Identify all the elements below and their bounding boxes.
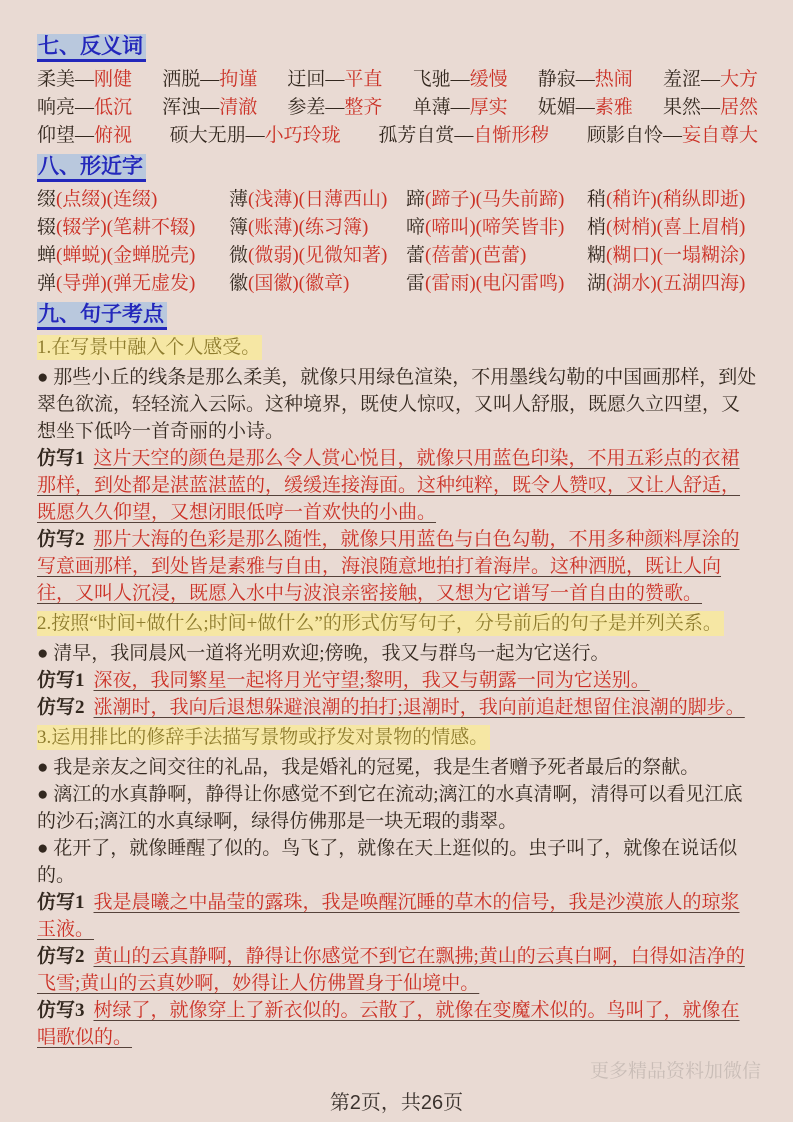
antonym-opposite: 大方 <box>720 69 758 90</box>
antonym-pair: 果然—居然 <box>663 94 758 122</box>
antonym-word: 飞驰 <box>413 69 451 90</box>
antonym-opposite: 低沉 <box>94 97 132 118</box>
imitation-sentence: 仿写2黄山的云真静啊，静得让你感觉不到它在飘拂;黄山的云真白啊，白得如洁净的飞雪… <box>37 943 758 997</box>
imitation-label: 仿写1 <box>37 892 85 913</box>
similar-char-cell: 徽(国徽)(徽章) <box>229 270 406 298</box>
similar-char-cell: 啼(啼叫)(啼笑皆非) <box>406 214 587 242</box>
base-char: 湖 <box>587 273 606 294</box>
antonym-dash: — <box>325 97 344 118</box>
char-words: (国徽)(徽章) <box>248 273 349 294</box>
antonym-pair: 单薄—厚实 <box>413 94 508 122</box>
antonym-pair: 柔美—刚健 <box>37 66 132 94</box>
antonym-word: 静寂 <box>538 69 576 90</box>
antonym-dash: — <box>701 97 720 118</box>
example-sentence: ● 清早，我同晨风一道将光明欢迎;傍晚，我又与群鸟一起为它送行。 <box>37 640 758 667</box>
antonym-row: 柔美—刚健 洒脱—拘谨 迂回—平直 飞驰—缓慢 静寂—热闹 羞涩—大方 <box>37 66 758 94</box>
imitation-answer: 这片天空的颜色是那么令人赏心悦目，就像只用蓝色印染，不用五彩点的衣裙那样，到处都… <box>37 448 740 523</box>
similar-char-cell: 弹(导弹)(弹无虚发) <box>37 270 229 298</box>
char-words: (微弱)(见微知著) <box>248 245 387 266</box>
similar-char-cell: 糊(糊口)(一塌糊涂) <box>587 242 758 270</box>
imitation-sentence: 仿写2涨潮时，我向后退想躲避浪潮的拍打;退潮时，我向前追赶想留住浪潮的脚步。 <box>37 694 758 721</box>
section-heading-sentences: 九、句子考点 <box>37 300 758 328</box>
section-title-antonyms: 七、反义词 <box>37 34 146 62</box>
test-point: 3.运用排比的修辞手法描写景物或抒发对景物的情感。 <box>37 724 758 751</box>
similar-char-cell: 辍(辍学)(笔耕不辍) <box>37 214 229 242</box>
char-words: (辍学)(笔耕不辍) <box>56 217 195 238</box>
imitation-sentence: 仿写3树绿了，就像穿上了新衣似的。云散了，就像在变魔术似的。鸟叫了，就像在唱歌似… <box>37 997 758 1051</box>
base-char: 稍 <box>587 189 606 210</box>
similar-char-row: 弹(导弹)(弹无虚发) 徽(国徽)(徽章) 雷(雷雨)(电闪雷鸣) 湖(湖水)(… <box>37 270 758 298</box>
char-words: (稍许)(稍纵即逝) <box>606 189 745 210</box>
antonym-row: 仰望—俯视 硕大无朋—小巧玲珑 孤芳自赏—自惭形秽 顾影自怜—妄自尊大 <box>37 122 758 150</box>
base-char: 梢 <box>587 217 606 238</box>
imitation-label: 仿写1 <box>37 448 85 469</box>
imitation-label: 仿写2 <box>37 697 85 718</box>
imitation-sentence: 仿写1这片天空的颜色是那么令人赏心悦目，就像只用蓝色印染，不用五彩点的衣裙那样，… <box>37 445 758 526</box>
antonym-dash: — <box>454 125 473 146</box>
antonym-dash: — <box>663 125 682 146</box>
imitation-answer: 那片大海的色彩是那么随性，就像只用蓝色与白色勾勒，不用多种颜料厚涂的写意画那样，… <box>37 529 740 604</box>
similar-char-cell: 雷(雷雨)(电闪雷鸣) <box>406 270 587 298</box>
similar-char-cell: 蕾(蓓蕾)(芭蕾) <box>406 242 587 270</box>
antonym-dash: — <box>325 69 344 90</box>
antonym-dash: — <box>200 69 219 90</box>
imitation-label: 仿写2 <box>37 946 85 967</box>
imitation-label: 仿写1 <box>37 670 85 691</box>
antonym-dash: — <box>451 69 470 90</box>
antonym-word: 迂回 <box>287 69 325 90</box>
similar-char-row: 辍(辍学)(笔耕不辍) 簿(账薄)(练习簿) 啼(啼叫)(啼笑皆非) 梢(树梢)… <box>37 214 758 242</box>
char-words: (雷雨)(电闪雷鸣) <box>425 273 564 294</box>
antonym-word: 柔美 <box>37 69 75 90</box>
similar-char-cell: 簿(账薄)(练习簿) <box>229 214 406 242</box>
antonym-opposite: 平直 <box>344 69 382 90</box>
antonym-opposite: 刚健 <box>94 69 132 90</box>
base-char: 糊 <box>587 245 606 266</box>
antonym-dash: — <box>451 97 470 118</box>
char-words: (浅薄)(日薄西山) <box>248 189 387 210</box>
antonym-dash: — <box>576 69 595 90</box>
antonym-pair: 响亮—低沉 <box>37 94 132 122</box>
antonym-pair: 参差—整齐 <box>287 94 382 122</box>
base-char: 雷 <box>406 273 425 294</box>
imitation-sentence: 仿写2那片大海的色彩是那么随性，就像只用蓝色与白色勾勒，不用多种颜料厚涂的写意画… <box>37 526 758 607</box>
antonym-opposite: 素雅 <box>595 97 633 118</box>
imitation-answer: 涨潮时，我向后退想躲避浪潮的拍打;退潮时，我向前追赶想留住浪潮的脚步。 <box>94 697 745 718</box>
imitation-answer: 树绿了，就像穿上了新衣似的。云散了，就像在变魔术似的。鸟叫了，就像在唱歌似的。 <box>37 1000 740 1048</box>
antonym-word: 参差 <box>287 97 325 118</box>
antonym-word: 果然 <box>663 97 701 118</box>
antonym-dash: — <box>200 97 219 118</box>
section-heading-antonyms: 七、反义词 <box>37 32 758 60</box>
antonym-pair: 孤芳自赏—自惭形秽 <box>378 122 549 150</box>
similar-char-cell: 蝉(蝉蜕)(金蝉脱壳) <box>37 242 229 270</box>
test-point-text: 2.按照“时间+做什么;时间+做什么”的形式仿写句子，分号前后的句子是并列关系。 <box>37 611 724 636</box>
antonym-pair: 顾影自怜—妄自尊大 <box>587 122 758 150</box>
antonym-pair: 飞驰—缓慢 <box>413 66 508 94</box>
similar-char-cell: 湖(湖水)(五湖四海) <box>587 270 758 298</box>
similar-char-row: 蝉(蝉蜕)(金蝉脱壳) 微(微弱)(见微知著) 蕾(蓓蕾)(芭蕾) 糊(糊口)(… <box>37 242 758 270</box>
char-words: (湖水)(五湖四海) <box>606 273 745 294</box>
imitation-label: 仿写2 <box>37 529 85 550</box>
char-words: (点缀)(连缀) <box>56 189 157 210</box>
antonym-dash: — <box>75 125 94 146</box>
page-number: 第2页，共26页 <box>0 1086 793 1115</box>
similar-char-cell: 缀(点缀)(连缀) <box>37 186 229 214</box>
base-char: 弹 <box>37 273 56 294</box>
base-char: 啼 <box>406 217 425 238</box>
antonym-word: 响亮 <box>37 97 75 118</box>
base-char: 蕾 <box>406 245 425 266</box>
antonym-dash: — <box>246 125 265 146</box>
similar-char-row: 缀(点缀)(连缀) 薄(浅薄)(日薄西山) 蹄(蹄子)(马失前蹄) 稍(稍许)(… <box>37 186 758 214</box>
antonym-opposite: 居然 <box>720 97 758 118</box>
base-char: 徽 <box>229 273 248 294</box>
imitation-sentence: 仿写1我是晨曦之中晶莹的露珠，我是唤醒沉睡的草木的信号，我是沙漠旅人的琼浆玉液。 <box>37 889 758 943</box>
char-words: (树梢)(喜上眉梢) <box>606 217 745 238</box>
antonym-opposite: 俯视 <box>94 125 132 146</box>
test-point: 2.按照“时间+做什么;时间+做什么”的形式仿写句子，分号前后的句子是并列关系。 <box>37 610 758 637</box>
antonym-word: 硕大无朋 <box>170 125 246 146</box>
example-sentence: ● 那些小丘的线条是那么柔美，就像只用绿色渲染，不用墨线勾勒的中国画那样，到处翠… <box>37 364 758 445</box>
antonym-word: 顾影自怜 <box>587 125 663 146</box>
antonym-opposite: 自惭形秽 <box>473 125 549 146</box>
antonym-opposite: 清澈 <box>219 97 257 118</box>
antonym-word: 孤芳自赏 <box>378 125 454 146</box>
antonym-word: 仰望 <box>37 125 75 146</box>
antonym-opposite: 小巧玲珑 <box>265 125 341 146</box>
similar-char-cell: 稍(稍许)(稍纵即逝) <box>587 186 758 214</box>
antonym-pair: 洒脱—拘谨 <box>162 66 257 94</box>
char-words: (蹄子)(马失前蹄) <box>425 189 564 210</box>
char-words: (导弹)(弹无虚发) <box>56 273 195 294</box>
imitation-answer: 深夜，我同繁星一起将月光守望;黎明，我又与朝露一同为它送别。 <box>94 670 650 691</box>
char-words: (蝉蜕)(金蝉脱壳) <box>56 245 195 266</box>
section-title-similar-chars: 八、形近字 <box>37 154 146 182</box>
base-char: 蝉 <box>37 245 56 266</box>
antonym-pair: 迂回—平直 <box>287 66 382 94</box>
antonym-pair: 仰望—俯视 <box>37 122 132 150</box>
antonym-pair: 浑浊—清澈 <box>162 94 257 122</box>
example-sentence: ● 我是亲友之间交往的礼品，我是婚礼的冠冕，我是生者赠予死者最后的祭献。 <box>37 754 758 781</box>
antonym-dash: — <box>75 97 94 118</box>
similar-char-cell: 微(微弱)(见微知著) <box>229 242 406 270</box>
antonym-dash: — <box>75 69 94 90</box>
antonym-opposite: 缓慢 <box>470 69 508 90</box>
char-words: (糊口)(一塌糊涂) <box>606 245 745 266</box>
section-title-sentences: 九、句子考点 <box>37 302 167 330</box>
similar-char-cell: 蹄(蹄子)(马失前蹄) <box>406 186 587 214</box>
char-words: (啼叫)(啼笑皆非) <box>425 217 564 238</box>
imitation-answer: 我是晨曦之中晶莹的露珠，我是唤醒沉睡的草木的信号，我是沙漠旅人的琼浆玉液。 <box>37 892 740 940</box>
antonym-dash: — <box>576 97 595 118</box>
antonym-opposite: 热闹 <box>595 69 633 90</box>
example-sentence: ● 漓江的水真静啊，静得让你感觉不到它在流动;漓江的水真清啊，清得可以看见江底的… <box>37 781 758 835</box>
base-char: 辍 <box>37 217 56 238</box>
base-char: 蹄 <box>406 189 425 210</box>
example-sentence: ● 花开了，就像睡醒了似的。鸟飞了，就像在天上逛似的。虫子叫了，就像在说话似的。 <box>37 835 758 889</box>
test-point: 1.在写景中融入个人感受。 <box>37 334 758 361</box>
base-char: 缀 <box>37 189 56 210</box>
antonym-pair: 静寂—热闹 <box>538 66 633 94</box>
antonym-opposite: 厚实 <box>470 97 508 118</box>
antonym-opposite: 妄自尊大 <box>682 125 758 146</box>
base-char: 微 <box>229 245 248 266</box>
antonym-opposite: 拘谨 <box>219 69 257 90</box>
section-heading-similar-chars: 八、形近字 <box>37 152 758 180</box>
similar-char-cell: 薄(浅薄)(日薄西山) <box>229 186 406 214</box>
antonym-opposite: 整齐 <box>344 97 382 118</box>
base-char: 薄 <box>229 189 248 210</box>
antonym-pair: 妩媚—素雅 <box>538 94 633 122</box>
antonym-word: 单薄 <box>413 97 451 118</box>
antonym-row: 响亮—低沉 浑浊—清澈 参差—整齐 单薄—厚实 妩媚—素雅 果然—居然 <box>37 94 758 122</box>
imitation-label: 仿写3 <box>37 1000 85 1021</box>
antonym-dash: — <box>701 69 720 90</box>
test-point-text: 1.在写景中融入个人感受。 <box>37 335 262 360</box>
char-words: (蓓蕾)(芭蕾) <box>425 245 526 266</box>
imitation-sentence: 仿写1深夜，我同繁星一起将月光守望;黎明，我又与朝露一同为它送别。 <box>37 667 758 694</box>
worksheet-page: 七、反义词 柔美—刚健 洒脱—拘谨 迂回—平直 飞驰—缓慢 静寂—热闹 羞涩—大… <box>0 0 793 1051</box>
similar-char-cell: 梢(树梢)(喜上眉梢) <box>587 214 758 242</box>
watermark: 更多精品资料加微信 <box>590 1056 761 1083</box>
antonym-word: 洒脱 <box>162 69 200 90</box>
antonym-word: 妩媚 <box>538 97 576 118</box>
imitation-answer: 黄山的云真静啊，静得让你感觉不到它在飘拂;黄山的云真白啊，白得如洁净的飞雪;黄山… <box>37 946 745 994</box>
base-char: 簿 <box>229 217 248 238</box>
antonym-pair: 羞涩—大方 <box>663 66 758 94</box>
antonym-word: 浑浊 <box>162 97 200 118</box>
test-point-text: 3.运用排比的修辞手法描写景物或抒发对景物的情感。 <box>37 725 490 750</box>
antonym-word: 羞涩 <box>663 69 701 90</box>
char-words: (账薄)(练习簿) <box>248 217 368 238</box>
antonym-pair: 硕大无朋—小巧玲珑 <box>170 122 341 150</box>
